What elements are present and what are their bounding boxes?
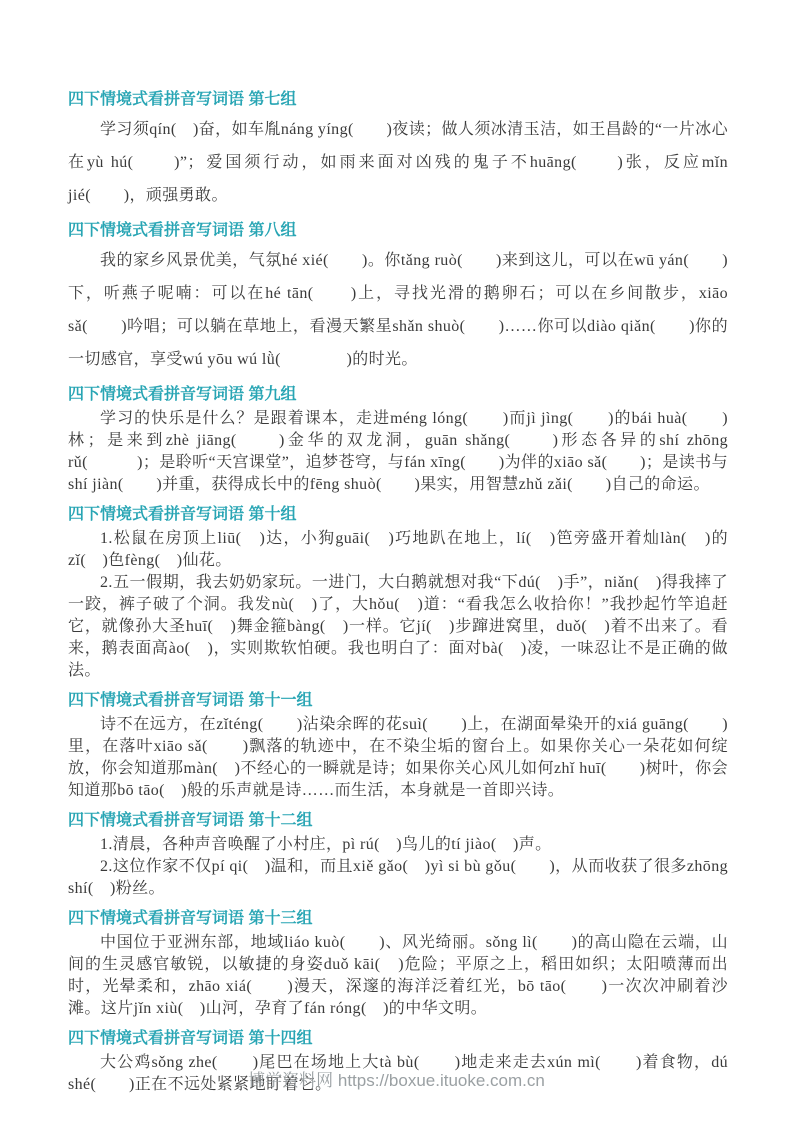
section-heading: 四下情境式看拼音写词语 第十二组: [68, 811, 728, 831]
exercise-paragraph: 1.清晨，各种声音唤醒了小村庄，pì rú( )鸟儿的tí jiào( )声。: [68, 834, 728, 856]
section-group-8: 四下情境式看拼音写词语 第八组 我的家乡风景优美，气氛hé xié( )。你tǎ…: [68, 221, 728, 376]
section-heading: 四下情境式看拼音写词语 第八组: [68, 221, 728, 241]
section-group-13: 四下情境式看拼音写词语 第十三组 中国位于亚洲东部，地域liáo kuò( )、…: [68, 909, 728, 1020]
exercise-paragraph: 2.这位作家不仅pí qi( )温和，而且xiě gǎo( )yì si bù …: [68, 856, 728, 900]
page-footer-watermark: 博学资料网 https://boxue.ituoke.com.cn: [0, 1066, 793, 1091]
section-group-10: 四下情境式看拼音写词语 第十组 1.松鼠在房顶上liū( )达，小狗guāi( …: [68, 505, 728, 682]
section-group-12: 四下情境式看拼音写词语 第十二组 1.清晨，各种声音唤醒了小村庄，pì rú( …: [68, 811, 728, 900]
section-heading: 四下情境式看拼音写词语 第九组: [68, 385, 728, 405]
exercise-paragraph: 诗不在远方，在zǐténg( )沾染余晖的花suì( )上，在湖面晕染开的xiá…: [68, 714, 728, 802]
exercise-paragraph: 学习的快乐是什么？是跟着课本，走进méng lóng( )而jì jìng( )…: [68, 408, 728, 496]
section-group-9: 四下情境式看拼音写词语 第九组 学习的快乐是什么？是跟着课本，走进méng ló…: [68, 385, 728, 496]
exercise-paragraph: 我的家乡风景优美，气氛hé xié( )。你tǎng ruò( )来到这儿，可以…: [68, 244, 728, 376]
section-heading: 四下情境式看拼音写词语 第十一组: [68, 691, 728, 711]
exercise-paragraph: 1.松鼠在房顶上liū( )达，小狗guāi( )巧地趴在地上，lí( )笆旁盛…: [68, 528, 728, 572]
section-group-11: 四下情境式看拼音写词语 第十一组 诗不在远方，在zǐténg( )沾染余晖的花s…: [68, 691, 728, 802]
section-heading: 四下情境式看拼音写词语 第十组: [68, 505, 728, 525]
exercise-paragraph: 学习须qín( )奋，如车胤náng yíng( )夜读；做人须冰清玉洁，如王昌…: [68, 113, 728, 212]
section-heading: 四下情境式看拼音写词语 第十三组: [68, 909, 728, 929]
section-heading: 四下情境式看拼音写词语 第七组: [68, 90, 728, 110]
section-group-7: 四下情境式看拼音写词语 第七组 学习须qín( )奋，如车胤náng yíng(…: [68, 90, 728, 212]
section-heading: 四下情境式看拼音写词语 第十四组: [68, 1029, 728, 1049]
exercise-paragraph: 中国位于亚洲东部，地域liáo kuò( )、风光绮丽。sǒng lì( )的高…: [68, 932, 728, 1020]
exercise-paragraph: 2.五一假期，我去奶奶家玩。一进门，大白鹅就想对我“下dú( )手”，niǎn(…: [68, 572, 728, 682]
worksheet-page: 四下情境式看拼音写词语 第七组 学习须qín( )奋，如车胤náng yíng(…: [68, 90, 728, 1096]
